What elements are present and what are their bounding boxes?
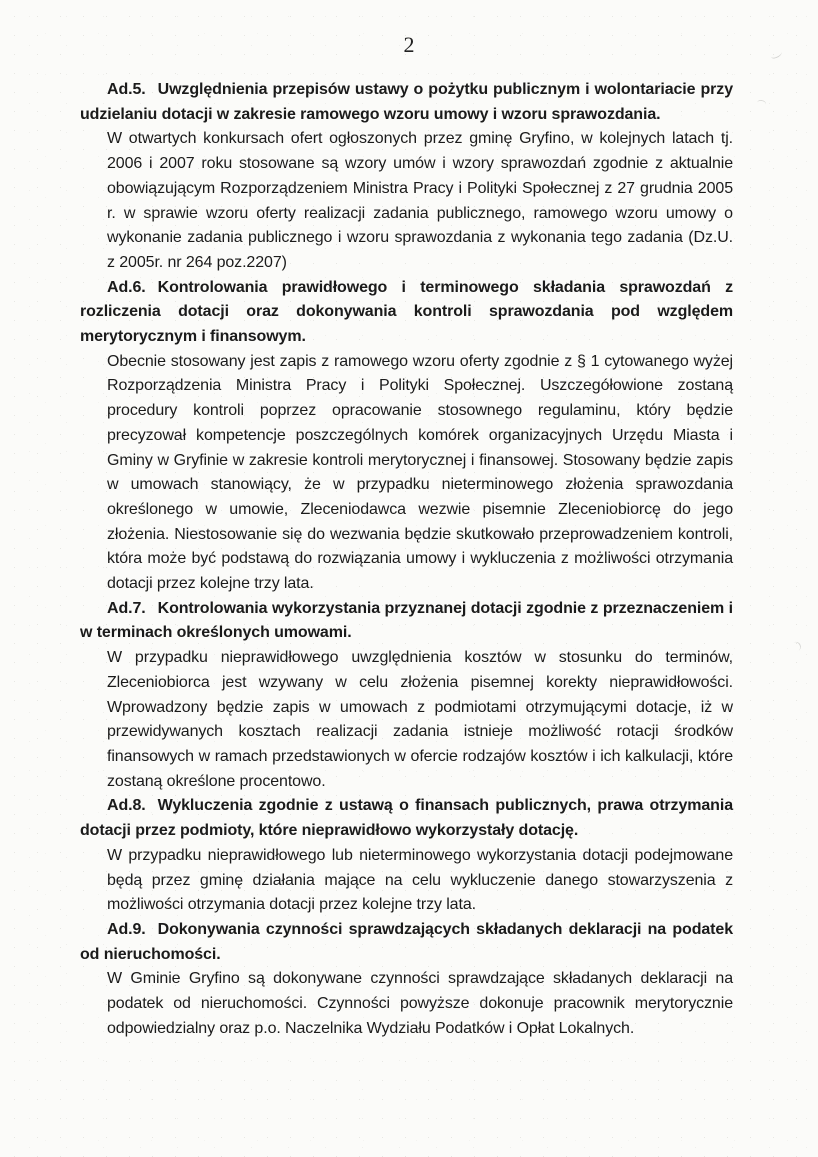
section-body: W przypadku nieprawidłowego uwzględnieni… [107,646,733,794]
section-heading-text: Wykluczenia zgodnie z ustawą o finansach… [80,797,733,839]
section-body: W przypadku nieprawidłowego lub nietermi… [107,844,733,918]
section-ad8: Ad.8.Wykluczenia zgodnie z ustawą o fina… [80,794,733,918]
section-ad5: Ad.5.Uwzględnienia przepisów ustawy o po… [80,78,733,276]
section-heading-text: Dokonywania czynności sprawdzających skł… [80,921,733,963]
section-label: Ad.9. [107,921,146,938]
section-ad6: Ad.6.Kontrolowania prawidłowego i termin… [80,276,733,597]
section-label: Ad.8. [107,797,146,814]
section-heading-text: Kontrolowania prawidłowego i terminowego… [80,279,733,345]
section-heading: Ad.5.Uwzględnienia przepisów ustawy o po… [80,78,733,127]
section-label: Ad.7. [107,600,146,617]
page-number: 2 [0,32,818,58]
scan-artifact [788,640,802,654]
section-heading: Ad.6.Kontrolowania prawidłowego i termin… [80,276,733,350]
section-body: Obecnie stosowany jest zapis z ramowego … [107,350,733,597]
section-body: W Gminie Gryfino są dokonywane czynności… [107,967,733,1041]
scan-artifact [756,99,766,108]
section-heading: Ad.9.Dokonywania czynności sprawdzającyc… [80,918,733,967]
section-ad9: Ad.9.Dokonywania czynności sprawdzającyc… [80,918,733,1042]
section-label: Ad.6. [107,279,146,296]
section-heading-text: Uwzględnienia przepisów ustawy o pożytku… [80,81,733,123]
section-label: Ad.5. [107,81,146,98]
section-body: W otwartych konkursach ofert ogłoszonych… [107,127,733,275]
document-content: Ad.5.Uwzględnienia przepisów ustawy o po… [80,78,733,1041]
section-heading: Ad.7.Kontrolowania wykorzystania przyzna… [80,597,733,646]
section-heading-text: Kontrolowania wykorzystania przyznanej d… [80,600,733,642]
section-heading: Ad.8.Wykluczenia zgodnie z ustawą o fina… [80,794,733,843]
scanned-page: 2 Ad.5.Uwzględnienia przepisów ustawy o … [0,0,818,1157]
section-ad7: Ad.7.Kontrolowania wykorzystania przyzna… [80,597,733,795]
